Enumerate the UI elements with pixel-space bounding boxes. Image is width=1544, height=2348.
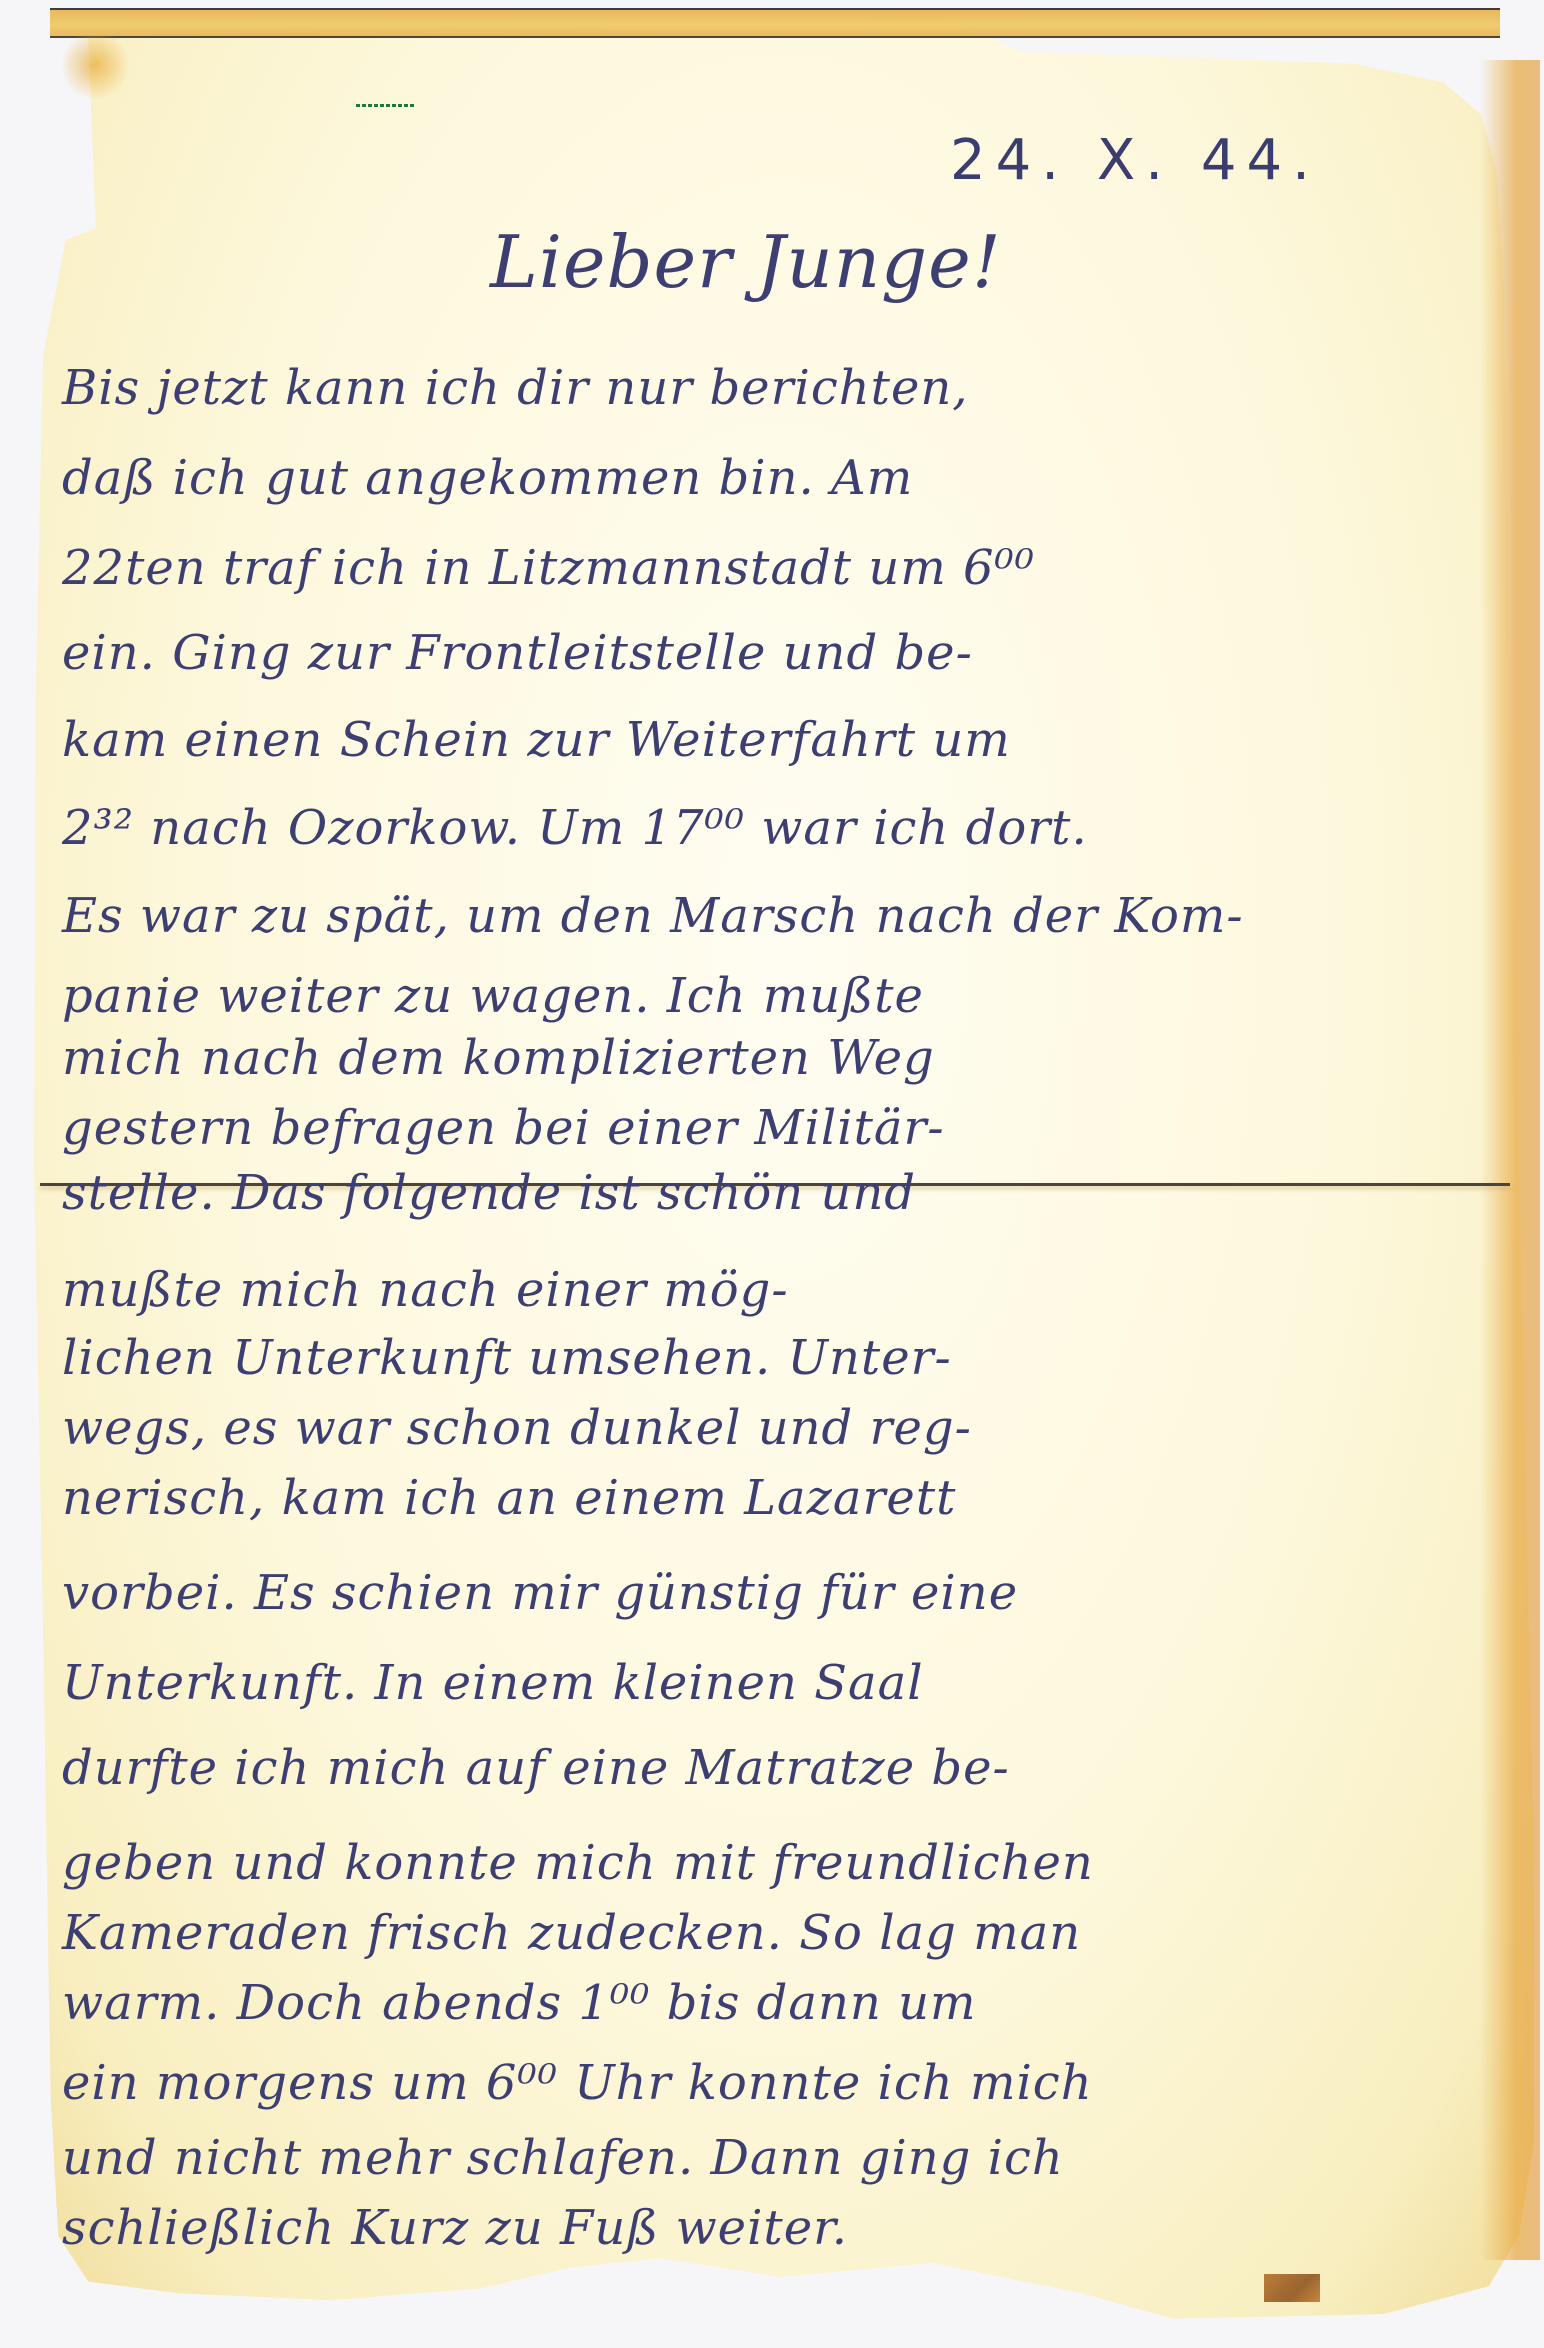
torn-top-strip [50,8,1500,38]
letter-line: und nicht mehr schlafen. Dann ging ich [62,2130,1064,2186]
letter-line: 2³² nach Ozorkow. Um 17⁰⁰ war ich dort. [62,800,1088,856]
tape-remnant [1264,2274,1320,2302]
letter-line: wegs, es war schon dunkel und reg- [62,1400,972,1456]
letter-line: vorbei. Es schien mir günstig für eine [62,1565,1018,1621]
letter-line: kam einen Schein zur Weiterfahrt um [62,712,1011,768]
letter-line: ein. Ging zur Frontleitstelle und be- [62,625,973,681]
letter-line: gestern befragen bei einer Militär- [62,1100,945,1156]
letter-line: daß ich gut angekommen bin. Am [62,450,913,506]
green-ink-mark [356,104,416,107]
water-stain-left [60,30,130,100]
water-stain-right [1480,60,1540,2260]
letter-line: Kameraden frisch zudecken. So lag man [62,1905,1081,1961]
letter-line: Bis jetzt kann ich dir nur berichten, [62,360,969,416]
letter-line: geben und konnte mich mit freundlichen [62,1835,1094,1891]
letter-line: mich nach dem komplizierten Weg [62,1030,935,1086]
letter-line: warm. Doch abends 1⁰⁰ bis dann um [62,1975,977,2031]
letter-line: panie weiter zu wagen. Ich mußte [62,968,924,1024]
letter-line: mußte mich nach einer mög- [62,1262,789,1318]
letter-line: Unterkunft. In einem kleinen Saal [62,1655,924,1711]
letter-date: 24. X. 44. [950,128,1320,193]
letter-line: ein morgens um 6⁰⁰ Uhr konnte ich mich [62,2055,1093,2111]
letter-line: stelle. Das folgende ist schön und [62,1165,916,1221]
letter-line: nerisch, kam ich an einem Lazarett [62,1470,956,1526]
letter-line: 22ten traf ich in Litzmannstadt um 6⁰⁰ [62,540,1035,596]
letter-greeting: Lieber Junge! [490,220,1002,304]
letter-line: Es war zu spät, um den Marsch nach der K… [62,888,1244,944]
letter-line: lichen Unterkunft umsehen. Unter- [62,1330,952,1386]
letter-line: schließlich Kurz zu Fuß weiter. [62,2200,848,2256]
letter-line: durfte ich mich auf eine Matratze be- [62,1740,1010,1796]
